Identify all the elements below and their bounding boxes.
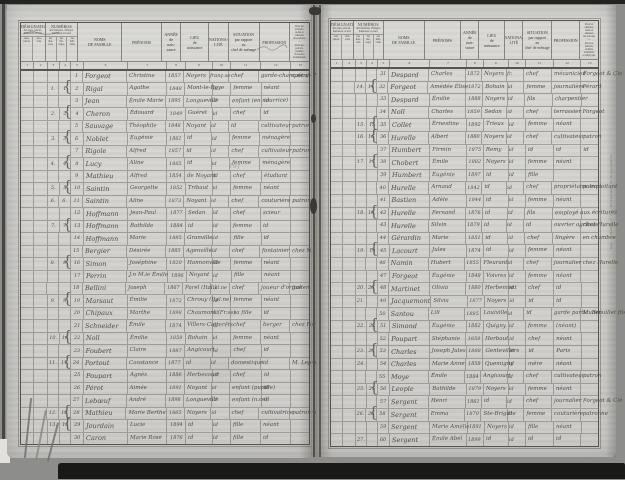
- cell-situation: chef: [524, 371, 552, 383]
- column-number: 1: [331, 60, 343, 67]
- cell-num-individu: 16: [71, 258, 84, 269]
- cell-profession: cultivatrice: [259, 408, 290, 419]
- handwriting: id: [213, 349, 218, 354]
- book-bottom-edge: [58, 463, 625, 479]
- cell-lieu: Chrouy (Ital.ne): [185, 295, 213, 306]
- handwriting: id: [509, 425, 514, 430]
- cell-designation-b: [34, 333, 47, 344]
- cell-nom: Santou: [389, 308, 429, 320]
- handwriting: Charles: [389, 349, 416, 356]
- cell-num-maison: 3.: [48, 133, 60, 144]
- cell-lieu: Herbaut: [483, 333, 509, 345]
- cell-nom: Mathieu: [84, 171, 128, 182]
- column-number-row: 12345678910111213: [331, 59, 598, 67]
- cell-nom: Chipaux: [84, 308, 128, 319]
- cell-patron: [581, 321, 598, 333]
- handwriting: chez Hurelle: [581, 261, 619, 267]
- cell-nationalite: id: [509, 321, 526, 333]
- handwriting: André: [127, 398, 146, 404]
- cell-nationalite: id: [213, 308, 231, 319]
- cell-nom: Simond: [390, 321, 431, 333]
- column-number: 13: [291, 62, 309, 69]
- cell-prenom: Aline: [127, 196, 166, 207]
- handwriting: ménagère: [260, 136, 290, 142]
- handwriting: Poupart: [84, 373, 112, 380]
- cell-num-menage: 4{: [59, 158, 71, 169]
- cell-lieu: id: [186, 420, 213, 431]
- cell-nationalite: id: [508, 208, 525, 220]
- cell-num-individu: 25: [71, 370, 84, 381]
- handwriting: 1.: [51, 87, 56, 92]
- cell-nom: Forgeot: [390, 271, 431, 283]
- cell-nationalite: id: [213, 333, 231, 344]
- handwriting: néant: [554, 198, 572, 204]
- handwriting: femme: [231, 186, 252, 192]
- handwriting: Hoffmann: [84, 236, 119, 243]
- cell-lieu: Sedan: [186, 208, 213, 219]
- cell-designation-b: [343, 182, 355, 194]
- cell-designation-a: [21, 383, 34, 394]
- column-number: 4: [367, 60, 378, 67]
- handwriting: Fernand: [430, 210, 455, 216]
- handwriting: Cheron: [84, 111, 110, 118]
- handwriting: 1844: [468, 198, 481, 203]
- cell-prenom: J.n M.ie Émile: [127, 271, 168, 282]
- cell-nationalite: id: [508, 233, 525, 245]
- cell-num-menage: 20{: [367, 283, 378, 295]
- cell-situation: chef: [525, 233, 553, 245]
- handwriting: Marie Berthe: [126, 411, 165, 417]
- handwriting: id: [509, 437, 514, 442]
- handwriting: chef: [525, 236, 539, 242]
- handwriting: 3: [75, 99, 78, 104]
- handwriting: 1865: [169, 162, 182, 167]
- handwriting: id: [507, 400, 512, 405]
- cell-situation: femme: [231, 333, 261, 344]
- household-brace: {: [369, 128, 379, 143]
- cell-num-individu: 53: [377, 346, 389, 358]
- cell-annee: 1877: [166, 358, 184, 369]
- cell-designation-a: [331, 69, 343, 81]
- handwriting: femme: [524, 412, 545, 418]
- cell-nom: Bergier: [83, 246, 127, 257]
- cell-profession: néant: [261, 183, 291, 194]
- column-number: 11: [231, 62, 261, 69]
- household-brace: {: [369, 380, 379, 395]
- cell-nom: Perrin: [84, 271, 128, 282]
- handwriting: 1875: [468, 148, 481, 153]
- table-row: 59SergentMarie Amélie1891Noyersidfillené…: [331, 422, 598, 435]
- cell-annee: 1875: [467, 145, 484, 157]
- handwriting: 15.: [357, 123, 365, 128]
- cell-num-maison: [48, 370, 60, 381]
- column-number: 9: [484, 60, 509, 67]
- handwriting: 58: [379, 412, 385, 417]
- ink-bleed-mark: 191: [229, 162, 241, 170]
- cell-designation-a: [21, 233, 34, 244]
- cell-num-menage: 10{: [60, 333, 72, 344]
- cell-designation-a: [331, 384, 343, 396]
- cell-profession: ouvrier agricole: [552, 220, 581, 232]
- cell-designation-a: [21, 295, 34, 306]
- cell-num-maison: [356, 195, 367, 207]
- handwriting: 1886: [169, 373, 182, 378]
- handwriting: 1894: [170, 423, 183, 428]
- cell-patron: [291, 333, 309, 344]
- cell-profession: charpentier: [553, 94, 582, 106]
- cell-num-individu: 11: [71, 196, 83, 207]
- handwriting: femme: [231, 224, 252, 230]
- cell-lieu: Noyers: [483, 94, 508, 106]
- handwriting: Alfred: [127, 149, 146, 155]
- handwriting: Georgette: [128, 186, 158, 192]
- cell-num-individu: 27: [71, 395, 83, 406]
- cell-lieu: Noyers: [482, 69, 507, 81]
- handwriting: id: [212, 137, 217, 142]
- cell-nationalite: id: [211, 146, 229, 157]
- cell-nationalite: id: [213, 420, 231, 431]
- handwriting: id: [213, 274, 218, 279]
- cell-num-individu: 3: [71, 96, 83, 107]
- handwriting: 1887: [169, 349, 182, 354]
- handwriting: 10.: [49, 336, 57, 341]
- cell-annee: 1880: [466, 132, 483, 144]
- handwriting: mère: [526, 362, 542, 368]
- handwriting: 1849: [170, 112, 183, 117]
- cell-num-maison: 27.: [356, 434, 367, 446]
- column-header-patron: Pour les ouvriers, noms et adresses des …: [290, 23, 309, 61]
- handwriting: id: [554, 148, 561, 154]
- cell-nom: Hurelle: [389, 208, 430, 220]
- cell-nom: Hurelle: [389, 132, 429, 144]
- cell-profession: id: [261, 433, 291, 444]
- cell-profession: cultivateur: [259, 146, 290, 157]
- cell-nationalite: id: [212, 158, 230, 169]
- cell-num-individu: 59: [378, 422, 390, 434]
- cell-nationalite: id: [507, 182, 524, 194]
- cell-situation: femme: [231, 183, 261, 194]
- cell-nom: Poupart: [84, 370, 128, 381]
- handwriting: Silvia: [431, 299, 448, 305]
- cell-num-menage: [367, 434, 378, 446]
- cell-patron: Forgeot: [581, 107, 598, 119]
- cell-situation: femme: [231, 83, 261, 94]
- cell-num-menage: 26{: [366, 409, 377, 421]
- column-number: 12: [554, 60, 582, 67]
- handwriting: couturière: [259, 199, 290, 205]
- handwriting: en chambre: [581, 236, 616, 242]
- cell-situation: chef: [231, 171, 261, 182]
- cell-patron: [291, 221, 309, 232]
- cell-num-maison: [48, 271, 60, 282]
- cell-lieu: Bohain: [483, 82, 507, 94]
- handwriting: 59: [380, 425, 386, 430]
- table-row: 13.13{29JourdainLucie1894ididfillenéant: [21, 420, 309, 432]
- cell-designation-a: [21, 171, 34, 182]
- column-header-lieu: LIEU de naissance: [479, 21, 505, 59]
- handwriting: id: [184, 361, 191, 367]
- handwriting: 1882: [468, 160, 481, 165]
- cell-prenom: Édouard: [128, 108, 167, 119]
- cell-num-individu: 4: [71, 108, 84, 119]
- handwriting: 25: [74, 373, 80, 378]
- cell-nationalite: id: [507, 220, 524, 232]
- handwriting: cultivateur: [552, 135, 584, 141]
- handwriting: Chipaux: [84, 310, 113, 317]
- table-row: 25.25{56LeopleBathilde1879Noyersidfemmen…: [331, 384, 598, 397]
- handwriting: Forgeot & Cie: [581, 72, 622, 78]
- handwriting: cultivateur: [259, 124, 291, 130]
- cell-annee: 1852: [167, 183, 185, 194]
- column-group-note: des rues, places, hameaux, écarts: [331, 27, 353, 33]
- cell-num-individu: 42: [378, 208, 390, 220]
- handwriting: id: [212, 398, 217, 403]
- cell-annee: 1876: [466, 208, 483, 220]
- cell-lieu: Louiville: [481, 308, 507, 320]
- column-number-row: 12345678910111213: [21, 61, 309, 69]
- cell-lieu: id: [185, 158, 212, 169]
- handwriting: chef: [524, 110, 538, 116]
- column-number: 10: [509, 60, 526, 67]
- handwriting: 34: [380, 110, 386, 115]
- cell-lieu: Tribaut: [186, 183, 213, 194]
- handwriting: 13: [74, 224, 80, 229]
- column-group-note: des maisons, villages, hameaux ou rues: [354, 27, 383, 33]
- cell-prenom: Eugénie: [430, 170, 466, 182]
- handwriting: chef: [524, 374, 538, 380]
- handwriting: 1876: [468, 211, 481, 216]
- handwriting: de Noyant: [185, 174, 216, 180]
- handwriting: 1858: [468, 362, 481, 367]
- cell-annee: 1857: [166, 146, 184, 157]
- cell-profession: berger: [261, 320, 290, 331]
- handwriting: id: [211, 411, 216, 416]
- cell-profession: lingère: [553, 233, 580, 245]
- cell-profession: néant: [262, 295, 292, 306]
- cell-nationalite: id: [211, 196, 229, 207]
- table-row: 46NaminHubert1855Fleurantidchefjournalie…: [331, 258, 598, 271]
- handwriting: id: [213, 311, 218, 316]
- handwriting: id: [508, 97, 513, 102]
- cell-prenom: Émilie: [430, 94, 466, 106]
- handwriting: Collet: [389, 122, 411, 129]
- handwriting: Noyers: [485, 299, 507, 305]
- handwriting: 1876: [170, 436, 183, 441]
- handwriting: Christine: [127, 74, 155, 80]
- cell-num-maison: [356, 170, 367, 182]
- cell-nom: Simon: [84, 258, 128, 269]
- handwriting: Émile: [127, 323, 145, 329]
- book-cover-edge: [2, 4, 5, 456]
- cell-profession: id: [261, 221, 291, 232]
- cell-num-individu: 9: [71, 171, 84, 182]
- handwriting: id: [526, 148, 533, 154]
- household-brace: {: [63, 104, 73, 119]
- cell-annee: 1842: [466, 182, 483, 194]
- cell-patron: Forgeot & Cie: [581, 69, 598, 81]
- handwriting: 20: [74, 311, 80, 316]
- household-brace: {: [63, 217, 73, 232]
- cell-annee: 1848: [167, 83, 185, 94]
- cell-nom: Despard: [389, 69, 429, 81]
- handwriting: Despard: [389, 97, 419, 104]
- spine-line: [313, 5, 315, 457]
- cell-patron: [582, 208, 598, 220]
- column-number: 7: [430, 60, 466, 67]
- handwriting: 6.: [62, 199, 67, 204]
- cell-designation-a: [331, 308, 343, 320]
- cell-designation-a: [331, 258, 343, 270]
- handwriting: id: [261, 361, 268, 367]
- cell-patron: [582, 296, 598, 308]
- cell-prenom: Arnaud: [429, 182, 465, 194]
- cell-nom: Rigole: [83, 146, 127, 157]
- table-row: 7.7{13HoffmannBathilde1884ididfemmeid: [21, 221, 309, 233]
- handwriting: néant: [554, 248, 572, 254]
- cell-profession: id: [554, 296, 581, 308]
- handwriting: id: [184, 149, 191, 155]
- cell-designation-a: [331, 157, 343, 169]
- cell-annee: 1874: [166, 320, 184, 331]
- cell-profession: [554, 170, 582, 182]
- cell-designation-b: [34, 183, 47, 194]
- handwriting: 10: [74, 186, 80, 191]
- cell-situation: sa fille: [231, 308, 261, 319]
- cell-situation: fils: [525, 94, 553, 106]
- handwriting: 48: [380, 286, 386, 291]
- cell-num-individu: 2: [71, 83, 84, 94]
- cell-profession: id: [262, 383, 292, 394]
- cell-situation: chef: [524, 69, 552, 81]
- column-subheaders: des mai- sonsdes mé- nagesdes indi- vidu…: [354, 34, 383, 59]
- cell-nationalite: id: [508, 82, 525, 94]
- cell-num-menage: [59, 383, 71, 394]
- cell-profession: joueur d'orgue: [259, 283, 290, 294]
- handwriting: id: [213, 336, 218, 341]
- cell-num-maison: [356, 94, 367, 106]
- cell-situation: fille: [231, 433, 261, 444]
- cell-annee: 1898: [167, 308, 185, 319]
- cell-designation-a: [331, 145, 343, 157]
- cell-lieu: Noyant: [184, 121, 211, 132]
- cell-situation: femme: [231, 258, 261, 269]
- handwriting: chez Hurelle: [581, 223, 619, 229]
- cell-num-maison: 2.: [48, 108, 60, 119]
- cell-designation-b: [34, 146, 47, 157]
- handwriting: 8.: [51, 261, 56, 266]
- handwriting: 24: [73, 361, 79, 366]
- household-brace: {: [369, 153, 379, 168]
- subcolumn-label: des mai- sons: [354, 35, 364, 59]
- handwriting: 1848: [169, 87, 182, 92]
- column-header-nom: NOMS DE FAMILLE: [384, 21, 425, 59]
- handwriting: Marie: [128, 236, 147, 242]
- handwriting: Noyers: [482, 135, 504, 141]
- cell-prenom: Bathilde: [430, 384, 466, 396]
- cell-nationalite: id: [212, 395, 230, 406]
- cell-profession: néant: [554, 384, 582, 396]
- cell-nom: Martinet: [389, 283, 430, 295]
- handwriting: 1861: [467, 400, 480, 405]
- household-brace: {: [369, 342, 379, 357]
- handwriting: id: [262, 386, 269, 392]
- handwriting: id: [211, 149, 216, 154]
- cell-prenom: Marie Berthe: [126, 408, 166, 419]
- column-subheaders: rues, placesmai- sons: [331, 34, 353, 59]
- handwriting: Alfred: [128, 174, 147, 180]
- cell-designation-b: [343, 145, 355, 157]
- cell-situation: femme: [526, 245, 554, 257]
- cell-prenom: Joséphine: [128, 258, 167, 269]
- cell-profession: néant: [554, 333, 581, 345]
- cell-situation: femme: [524, 409, 552, 421]
- handwriting: Firmin: [430, 148, 451, 154]
- handwriting: journalière: [552, 85, 585, 91]
- cell-designation-b: [34, 133, 47, 144]
- handwriting: Marie Anne: [430, 361, 465, 367]
- handwriting: Lucy: [84, 161, 102, 168]
- cell-patron: patron: [581, 371, 598, 383]
- handwriting: chef: [229, 74, 243, 80]
- cell-lieu: id: [484, 195, 509, 207]
- handwriting: 41: [380, 198, 386, 203]
- handwriting: Lili: [429, 311, 440, 317]
- handwriting: Noblet: [84, 136, 108, 143]
- cell-num-maison: [48, 171, 60, 182]
- handwriting: id: [509, 387, 514, 392]
- cell-annee: 1872: [167, 295, 185, 306]
- handwriting: Joseph Jules: [430, 349, 466, 355]
- subcolumn-label: des mé- nages: [57, 37, 68, 61]
- cell-situation: femme: [526, 384, 554, 396]
- cell-patron: M. Brouillet fils: [581, 308, 598, 320]
- cell-nationalite: id: [510, 346, 527, 358]
- cell-profession: néant: [261, 420, 291, 431]
- cell-num-maison: 20.: [356, 283, 367, 295]
- cell-designation-b: [343, 308, 355, 320]
- cell-designation-a: [21, 196, 34, 207]
- cell-nationalite: id: [509, 434, 526, 446]
- handwriting: Hubert: [429, 261, 451, 267]
- handwriting: id: [212, 99, 217, 104]
- column-subheaders: rues, placesmai- sons: [21, 36, 45, 61]
- cell-profession: id: [262, 233, 292, 244]
- cell-annee: 1884: [465, 371, 482, 383]
- cell-profession: néant: [554, 422, 581, 434]
- cell-num-maison: [356, 371, 367, 383]
- table-row: 9.9{19MarsautÉmilie1872Chrouy (Ital.ne)i…: [21, 295, 309, 307]
- handwriting: Forgeot: [388, 84, 416, 91]
- cell-num-maison: 7.: [48, 221, 60, 232]
- cell-situation: femme: [524, 82, 551, 94]
- cell-nom: Forgeot: [388, 82, 428, 94]
- handwriting: id: [213, 436, 218, 441]
- handwriting: 1865: [169, 411, 182, 416]
- handwriting: Louiville: [481, 311, 507, 317]
- cell-prenom: Joseph Jules: [430, 346, 467, 358]
- column-number: 10: [213, 62, 231, 69]
- cell-num-individu: 29: [71, 420, 84, 431]
- cell-designation-a: [21, 320, 34, 331]
- handwriting: 1874: [168, 324, 181, 329]
- cell-designation-a: [331, 409, 343, 421]
- handwriting: terrassier: [552, 110, 581, 116]
- table-row: 23.23{53CharlesJoseph Jules1888Gentevill…: [331, 346, 598, 359]
- handwriting: Émile Marie: [127, 99, 163, 105]
- handwriting: 1891: [469, 425, 482, 430]
- handwriting: 1874: [468, 249, 481, 254]
- cell-designation-a: [331, 82, 343, 94]
